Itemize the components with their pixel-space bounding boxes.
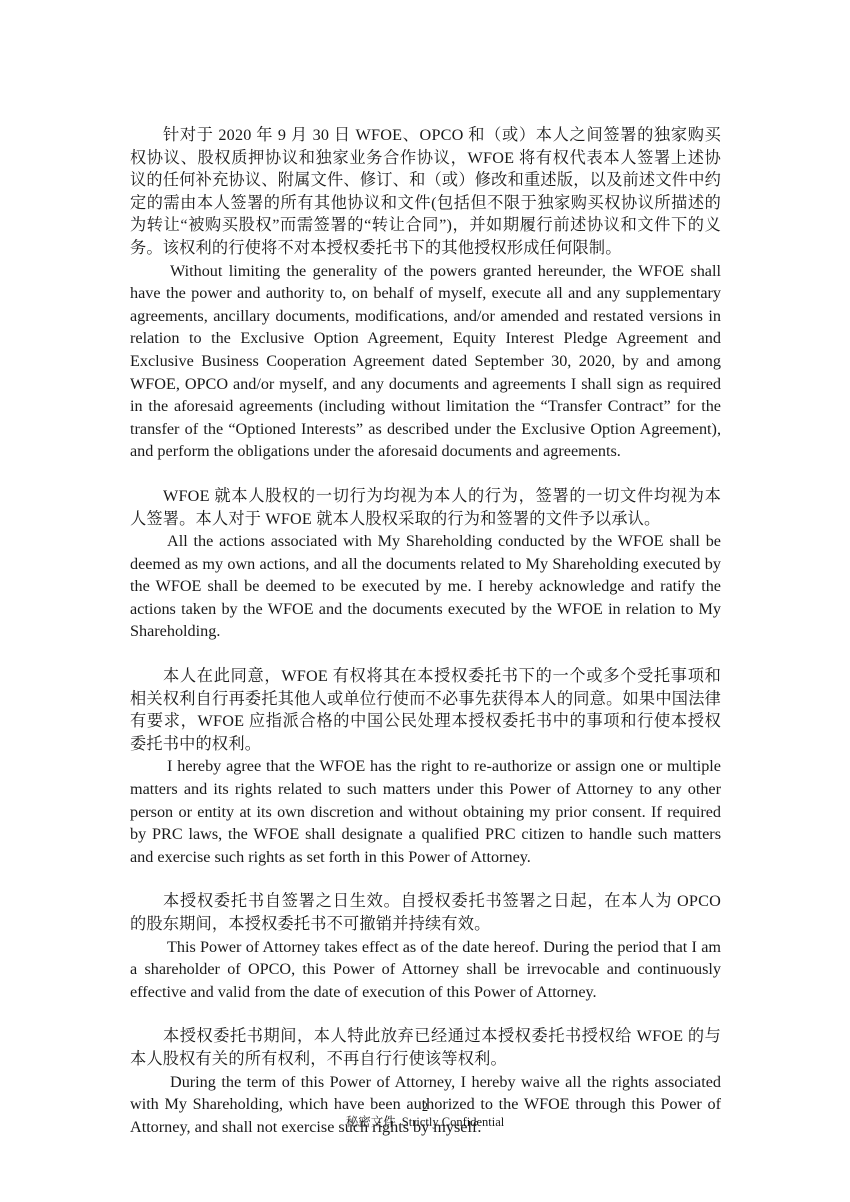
- confidentiality-notice: 秘密文件Strictly Confidential: [0, 1115, 850, 1130]
- paragraph-spacer: [130, 463, 721, 485]
- confidential-label-en: Strictly Confidential: [402, 1115, 504, 1129]
- paragraph-zh-3: 本人在此同意，WFOE 有权将其在本授权委托书下的一个或多个受托事项和相关权利自…: [130, 665, 721, 755]
- document-body: 针对于 2020 年 9 月 30 日 WFOE、OPCO 和（或）本人之间签署…: [130, 124, 721, 1138]
- paragraph-en-4: This Power of Attorney takes effect as o…: [130, 936, 721, 1004]
- paragraph-zh-1: 针对于 2020 年 9 月 30 日 WFOE、OPCO 和（或）本人之间签署…: [130, 124, 721, 260]
- paragraph-zh-5: 本授权委托书期间，本人特此放弃已经通过本授权委托书授权给 WFOE 的与本人股权…: [130, 1025, 721, 1070]
- paragraph-spacer: [130, 1003, 721, 1025]
- paragraph-en-3: I hereby agree that the WFOE has the rig…: [130, 755, 721, 868]
- paragraph-spacer: [130, 868, 721, 890]
- paragraph-zh-4: 本授权委托书自签署之日生效。自授权委托书签署之日起，在本人为 OPCO 的股东期…: [130, 890, 721, 935]
- paragraph-en-1: Without limiting the generality of the p…: [130, 260, 721, 463]
- paragraph-spacer: [130, 643, 721, 665]
- page-number: 2: [0, 1100, 850, 1115]
- confidential-label-zh: 秘密文件: [346, 1115, 396, 1129]
- page-footer: 2 秘密文件Strictly Confidential: [0, 1100, 850, 1130]
- paragraph-zh-2: WFOE 就本人股权的一切行为均视为本人的行为，签署的一切文件均视为本人签署。本…: [130, 485, 721, 530]
- paragraph-en-2: All the actions associated with My Share…: [130, 530, 721, 643]
